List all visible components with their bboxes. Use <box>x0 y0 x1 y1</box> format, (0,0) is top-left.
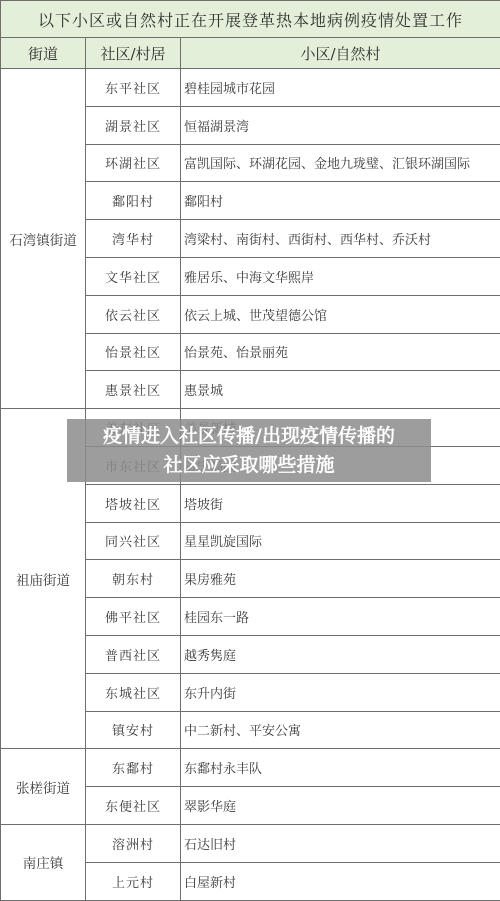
estates-cell: 碧桂园城市花园 <box>181 69 500 107</box>
community-cell: 依云社区 <box>86 295 181 333</box>
community-cell: 同兴社区 <box>86 522 181 560</box>
community-cell: 溶洲村 <box>86 824 181 862</box>
table-row: 石湾镇街道东平社区碧桂园城市花园 <box>1 69 500 107</box>
banner-line-2: 社区应采取哪些措施 <box>67 451 431 480</box>
community-cell: 环湖社区 <box>86 144 181 182</box>
estates-cell: 东鄱村永丰队 <box>181 749 500 787</box>
estates-cell: 依云上城、世茂望德公馆 <box>181 295 500 333</box>
community-cell: 湖景社区 <box>86 106 181 144</box>
estates-cell: 星星凯旋国际 <box>181 522 500 560</box>
community-cell: 湾华村 <box>86 220 181 258</box>
estates-cell: 中二新村、平安公寓 <box>181 711 500 749</box>
estates-cell: 富凯国际、环湖花园、金地九珑璧、汇银环湖国际 <box>181 144 500 182</box>
estates-cell: 湾梁村、南街村、西街村、西华村、乔沃村 <box>181 220 500 258</box>
banner-line-1: 疫情进入社区传播/出现疫情传播的 <box>67 422 431 451</box>
table-header-row: 街道 社区/村居 小区/自然村 <box>1 38 500 69</box>
community-cell: 文华社区 <box>86 257 181 295</box>
community-cell: 上元村 <box>86 862 181 900</box>
community-cell: 怡景社区 <box>86 333 181 371</box>
estates-cell: 桂园东一路 <box>181 598 500 636</box>
street-cell: 南庄镇 <box>1 824 86 900</box>
street-cell: 石湾镇街道 <box>1 69 86 409</box>
community-cell: 东城社区 <box>86 673 181 711</box>
estates-cell: 越秀隽庭 <box>181 635 500 673</box>
community-cell: 鄱阳村 <box>86 182 181 220</box>
estates-cell: 鄱阳村 <box>181 182 500 220</box>
article-title-banner[interactable]: 疫情进入社区传播/出现疫情传播的 社区应采取哪些措施 <box>67 419 431 482</box>
estates-cell: 东升内街 <box>181 673 500 711</box>
estates-cell: 恒福湖景湾 <box>181 106 500 144</box>
community-cell: 惠景社区 <box>86 371 181 409</box>
estates-cell: 惠景城 <box>181 371 500 409</box>
community-cell: 东鄱村 <box>86 749 181 787</box>
table-title: 以下小区或自然村正在开展登革热本地病例疫情处置工作 <box>1 1 500 38</box>
table-title-row: 以下小区或自然村正在开展登革热本地病例疫情处置工作 <box>1 1 500 38</box>
estates-cell: 塔坡街 <box>181 484 500 522</box>
header-estates: 小区/自然村 <box>181 38 500 69</box>
community-cell: 东平社区 <box>86 69 181 107</box>
estates-cell: 翠影华庭 <box>181 787 500 825</box>
estates-cell: 雅居乐、中海文华熙岸 <box>181 257 500 295</box>
community-cell: 东便社区 <box>86 787 181 825</box>
community-cell: 镇安村 <box>86 711 181 749</box>
community-cell: 佛平社区 <box>86 598 181 636</box>
community-cell: 朝东村 <box>86 560 181 598</box>
header-street: 街道 <box>1 38 86 69</box>
table-row: 南庄镇溶洲村石达旧村 <box>1 824 500 862</box>
estates-cell: 怡景苑、怡景丽苑 <box>181 333 500 371</box>
community-cell: 普西社区 <box>86 635 181 673</box>
street-cell: 张槎街道 <box>1 749 86 825</box>
table-row: 张槎街道东鄱村东鄱村永丰队 <box>1 749 500 787</box>
estates-cell: 石达旧村 <box>181 824 500 862</box>
estates-cell: 果房雅苑 <box>181 560 500 598</box>
estates-cell: 白屋新村 <box>181 862 500 900</box>
community-cell: 塔坡社区 <box>86 484 181 522</box>
header-community: 社区/村居 <box>86 38 181 69</box>
